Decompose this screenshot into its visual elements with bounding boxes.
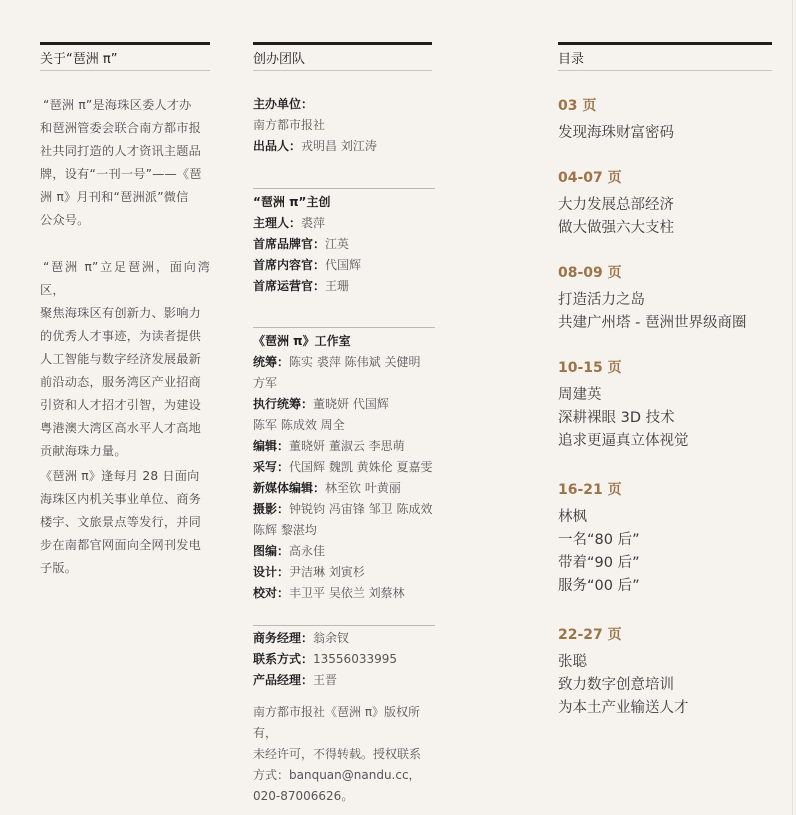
- toc-page-range: 22-27 页: [558, 625, 772, 645]
- toc-page-range: 08-09 页: [558, 263, 772, 283]
- studio-names: 董晓妍 董淑云 李思萌: [289, 439, 405, 453]
- toc-page-range: 10-15 页: [558, 358, 772, 378]
- text-line: 前沿动态，服务湾区产业招商: [40, 371, 210, 394]
- about-header: 关于“琶洲 π”: [40, 42, 210, 71]
- business-value: 王晋: [313, 673, 337, 687]
- contact-phone: 13556033995: [313, 652, 397, 666]
- text-line: 《琶洲 π》逢每月 28 日面向: [40, 465, 210, 488]
- text-line: 人工智能与数字经济发展最新: [40, 348, 210, 371]
- founders-title: “琶洲 π”主创: [253, 192, 435, 213]
- toc-entry[interactable]: 22-27 页 张聪 致力数字创意培训 为本土产业输送人才: [558, 625, 772, 720]
- toc-title-line: 张聪: [558, 651, 772, 674]
- studio-names: 尹洁琳 刘寅杉: [289, 565, 365, 579]
- studio-names-cont: 方军: [253, 373, 435, 394]
- toc-entry[interactable]: 08-09 页 打造活力之岛 共建广州塔 - 琶洲世界级商圈: [558, 263, 772, 335]
- host-value: 南方都市报社: [253, 115, 435, 136]
- founders-block: “琶洲 π”主创 主理人：裘萍 首席品牌官：江英 首席内容官：代国辉 首席运营官…: [253, 192, 435, 297]
- studio-names-cont: 陈辉 黎湛均: [253, 520, 435, 541]
- studio-names-cont: 陈军 陈成效 周全: [253, 415, 435, 436]
- toc-entry[interactable]: 03 页 发现海珠财富密码: [558, 96, 772, 145]
- business-value: 翁余钗: [313, 631, 349, 645]
- producer-value: 戎明昌 刘江涛: [301, 139, 377, 153]
- toc-title-line: 共建广州塔 - 琶洲世界级商圈: [558, 312, 772, 335]
- text-line: 海珠区内机关事业单位、商务: [40, 488, 210, 511]
- toc-entry[interactable]: 16-21 页 林枫 一名“80 后” 带着“90 后” 服务“00 后”: [558, 480, 772, 598]
- founder-role: 首席品牌官：: [253, 237, 325, 251]
- business-role: 商务经理：: [253, 631, 313, 645]
- founder-role: 首席内容官：: [253, 258, 325, 272]
- toc-title-line: 林枫: [558, 506, 772, 529]
- about-paragraph-1: “琶洲 π”是海珠区委人才办 和琶洲管委会联合南方都市报 社共同打造的人才资讯主…: [40, 94, 210, 232]
- founder-name: 裘萍: [301, 216, 325, 230]
- studio-role: 设计：: [253, 565, 289, 579]
- toc-title-line: 打造活力之岛: [558, 289, 772, 312]
- toc-entry[interactable]: 10-15 页 周建英 深耕裸眼 3D 技术 追求更逼真立体视觉: [558, 358, 772, 453]
- toc-title-line: 深耕裸眼 3D 技术: [558, 407, 772, 430]
- text-line: 子版。: [40, 557, 210, 580]
- text-line: 贡献海珠力量。: [40, 440, 210, 463]
- toc-title-line: 周建英: [558, 384, 772, 407]
- studio-names: 高永佳: [289, 544, 325, 558]
- text-line: “琶洲 π”立足琶洲，面向湾区，: [40, 256, 210, 302]
- studio-block: 《琶洲 π》工作室 统筹：陈实 裘萍 陈伟斌 关健明 方军 执行统筹：董晓妍 代…: [253, 331, 435, 604]
- team-column: 创办团队 主办单位： 南方都市报社 出品人：戎明昌 刘江涛 “琶洲 π”主创 主…: [253, 42, 432, 71]
- toc-title-line: 服务“00 后”: [558, 575, 772, 598]
- studio-names: 丰卫平 吴依兰 刘蔡林: [289, 586, 405, 600]
- text-line: 方式：banquan@nandu.cc，: [253, 765, 435, 786]
- studio-role: 采写：: [253, 460, 289, 474]
- studio-title: 《琶洲 π》工作室: [253, 331, 435, 352]
- text-line: 引资和人才招才引智，为建设: [40, 394, 210, 417]
- text-line: 未经许可，不得转载。授权联系: [253, 744, 435, 765]
- text-line: 公众号。: [40, 209, 210, 232]
- business-block: 商务经理：翁余钗 联系方式：13556033995 产品经理：王晋: [253, 628, 435, 691]
- about-column: 关于“琶洲 π” “琶洲 π”是海珠区委人才办 和琶洲管委会联合南方都市报 社共…: [40, 42, 210, 71]
- toc-title-line: 致力数字创意培训: [558, 674, 772, 697]
- text-line: 南方都市报社《琶洲 π》版权所有，: [253, 702, 435, 744]
- text-line: 楼宇、文旅景点等发行，并同: [40, 511, 210, 534]
- copyright-notice: 南方都市报社《琶洲 π》版权所有， 未经许可，不得转载。授权联系 方式：banq…: [253, 702, 435, 807]
- about-paragraph-3: 《琶洲 π》逢每月 28 日面向 海珠区内机关事业单位、商务 楼宇、文旅景点等发…: [40, 465, 210, 580]
- toc-title-line: 大力发展总部经济: [558, 194, 772, 217]
- text-line: 粤港澳大湾区高水平人才高地: [40, 417, 210, 440]
- toc-column: 目录 03 页 发现海珠财富密码 04-07 页 大力发展总部经济 做大做强六大…: [558, 42, 772, 71]
- text-line: 社共同打造的人才资讯主题品: [40, 140, 210, 163]
- toc-title-line: 带着“90 后”: [558, 552, 772, 575]
- host-block: 主办单位： 南方都市报社 出品人：戎明昌 刘江涛: [253, 94, 435, 157]
- toc-title-line: 追求更逼真立体视觉: [558, 430, 772, 453]
- toc-title-line: 做大做强六大支柱: [558, 217, 772, 240]
- founder-role: 首席运营官：: [253, 279, 325, 293]
- toc-title-line: 发现海珠财富密码: [558, 122, 772, 145]
- studio-role: 校对：: [253, 586, 289, 600]
- studio-role: 新媒体编辑：: [253, 481, 325, 495]
- toc-entry[interactable]: 04-07 页 大力发展总部经济 做大做强六大支柱: [558, 168, 772, 240]
- founder-name: 代国辉: [325, 258, 361, 272]
- text-line: 和琶洲管委会联合南方都市报: [40, 117, 210, 140]
- toc-heading: 目录: [558, 45, 772, 72]
- text-line: 牌，设有“一刊一号”——《琶: [40, 163, 210, 186]
- text-line: 020-87006626。: [253, 786, 435, 807]
- section-divider: [253, 327, 435, 328]
- text-line: 的优秀人才事迹，为读者提供: [40, 325, 210, 348]
- studio-role: 图编：: [253, 544, 289, 558]
- team-heading: 创办团队: [253, 45, 432, 72]
- contact-label: 联系方式：: [253, 652, 313, 666]
- producer-label: 出品人：: [253, 139, 301, 153]
- toc-page-range: 03 页: [558, 96, 772, 116]
- studio-role: 摄影：: [253, 502, 289, 516]
- text-line: “琶洲 π”是海珠区委人才办: [40, 94, 210, 117]
- studio-names: 董晓妍 代国辉: [313, 397, 389, 411]
- toc-title-line: 一名“80 后”: [558, 529, 772, 552]
- page-edge: [792, 0, 793, 815]
- toc-page-range: 04-07 页: [558, 168, 772, 188]
- studio-role: 统筹：: [253, 355, 289, 369]
- about-paragraph-2: “琶洲 π”立足琶洲，面向湾区， 聚焦海珠区有创新力、影响力 的优秀人才事迹，为…: [40, 256, 210, 463]
- studio-names: 林至钦 叶黄丽: [325, 481, 401, 495]
- text-line: 步在南都官网面向全网刊发电: [40, 534, 210, 557]
- studio-role: 编辑：: [253, 439, 289, 453]
- founder-name: 江英: [325, 237, 349, 251]
- toc-page-range: 16-21 页: [558, 480, 772, 500]
- founder-name: 王珊: [325, 279, 349, 293]
- studio-names: 代国辉 魏凯 黄姝伦 夏嘉雯: [289, 460, 432, 474]
- studio-names: 钟锐钧 冯宙锋 邹卫 陈成效: [289, 502, 432, 516]
- founder-role: 主理人：: [253, 216, 301, 230]
- team-header: 创办团队: [253, 42, 432, 71]
- about-heading: 关于“琶洲 π”: [40, 45, 210, 72]
- toc-title-line: 为本土产业输送人才: [558, 697, 772, 720]
- studio-names: 陈实 裘萍 陈伟斌 关健明: [289, 355, 420, 369]
- text-line: 聚焦海珠区有创新力、影响力: [40, 302, 210, 325]
- studio-role: 执行统筹：: [253, 397, 313, 411]
- business-role: 产品经理：: [253, 673, 313, 687]
- section-divider: [253, 625, 435, 626]
- host-label: 主办单位：: [253, 94, 435, 115]
- toc-header: 目录: [558, 42, 772, 71]
- section-divider: [253, 188, 435, 189]
- text-line: 洲 π》月刊和“琶洲派”微信: [40, 186, 210, 209]
